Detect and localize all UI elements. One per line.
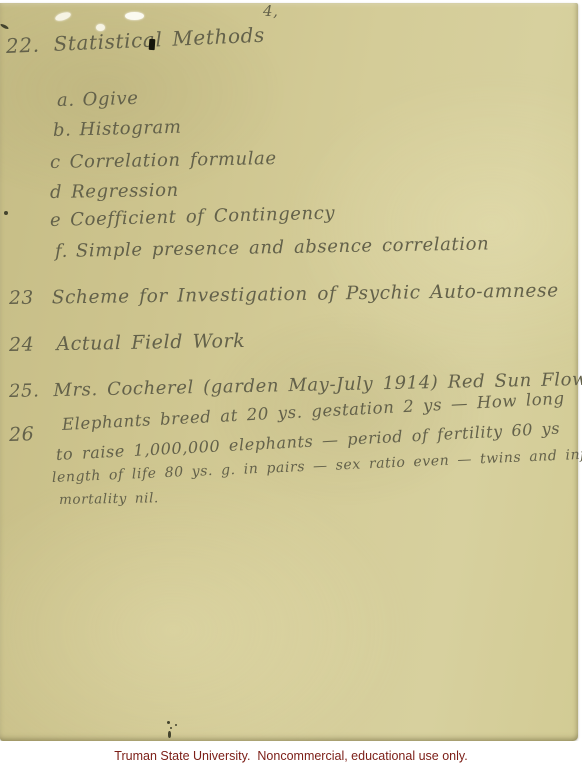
item-22-number: 22. [5, 33, 40, 58]
paper-speck [4, 211, 8, 215]
item-25-number: 25. [9, 380, 40, 402]
paper-chip-spot [54, 11, 71, 23]
paper-speck [168, 731, 171, 738]
subitem-d-letter: d [50, 182, 62, 203]
item-23: 23Scheme for Investigation of Psychic Au… [9, 280, 559, 309]
subitem-d-text: Regression [71, 180, 179, 203]
subitem-e-letter: e [50, 210, 62, 231]
item-26-line-4: mortality nil. [59, 490, 159, 508]
footer-strip: Truman State University. Noncommercial, … [0, 741, 582, 767]
item-24: 24Actual Field Work [9, 330, 246, 356]
subitem-b: b.Histogram [53, 117, 182, 141]
item-22-title: Statistical Methods [53, 23, 265, 56]
item-23-title: Scheme for Investigation of Psychic Auto… [52, 280, 559, 308]
paper-speck [170, 727, 172, 729]
scanned-notebook-page: 4, 22.Statistical Methods a.Ogive b.Hist… [0, 0, 582, 767]
item-24-number: 24 [9, 334, 35, 356]
subitem-a: a.Ogive [57, 88, 139, 111]
page-number: 4, [263, 2, 279, 20]
item-23-number: 23 [9, 288, 34, 309]
paper-sheet: 4, 22.Statistical Methods a.Ogive b.Hist… [0, 3, 578, 741]
subitem-c-text: Correlation formulae [70, 148, 277, 173]
subitem-f-text: Simple presence and absence correlation [76, 233, 490, 261]
edge-mark [0, 23, 9, 30]
subitem-f: f.Simple presence and absence correlatio… [55, 233, 490, 262]
subitem-a-letter: a. [57, 90, 75, 111]
subitem-e: eCoefficient of Contingency [50, 203, 336, 231]
paper-chip-spot [125, 12, 144, 20]
subitem-e-text: Coefficient of Contingency [70, 203, 335, 231]
paper-speck [167, 721, 170, 724]
footer-credit: Truman State University. Noncommercial, … [0, 749, 582, 763]
subitem-c: cCorrelation formulae [50, 148, 277, 173]
subitem-a-text: Ogive [82, 88, 138, 110]
item-24-title: Actual Field Work [56, 330, 245, 355]
subitem-b-letter: b. [53, 120, 72, 141]
subitem-c-letter: c [50, 152, 61, 173]
item-26-number: 26 [9, 423, 35, 446]
subitem-f-letter: f. [55, 241, 68, 262]
paper-speck [175, 724, 177, 726]
subitem-d: dRegression [50, 180, 179, 203]
item-22: 22.Statistical Methods [5, 23, 265, 58]
subitem-b-text: Histogram [79, 117, 182, 141]
